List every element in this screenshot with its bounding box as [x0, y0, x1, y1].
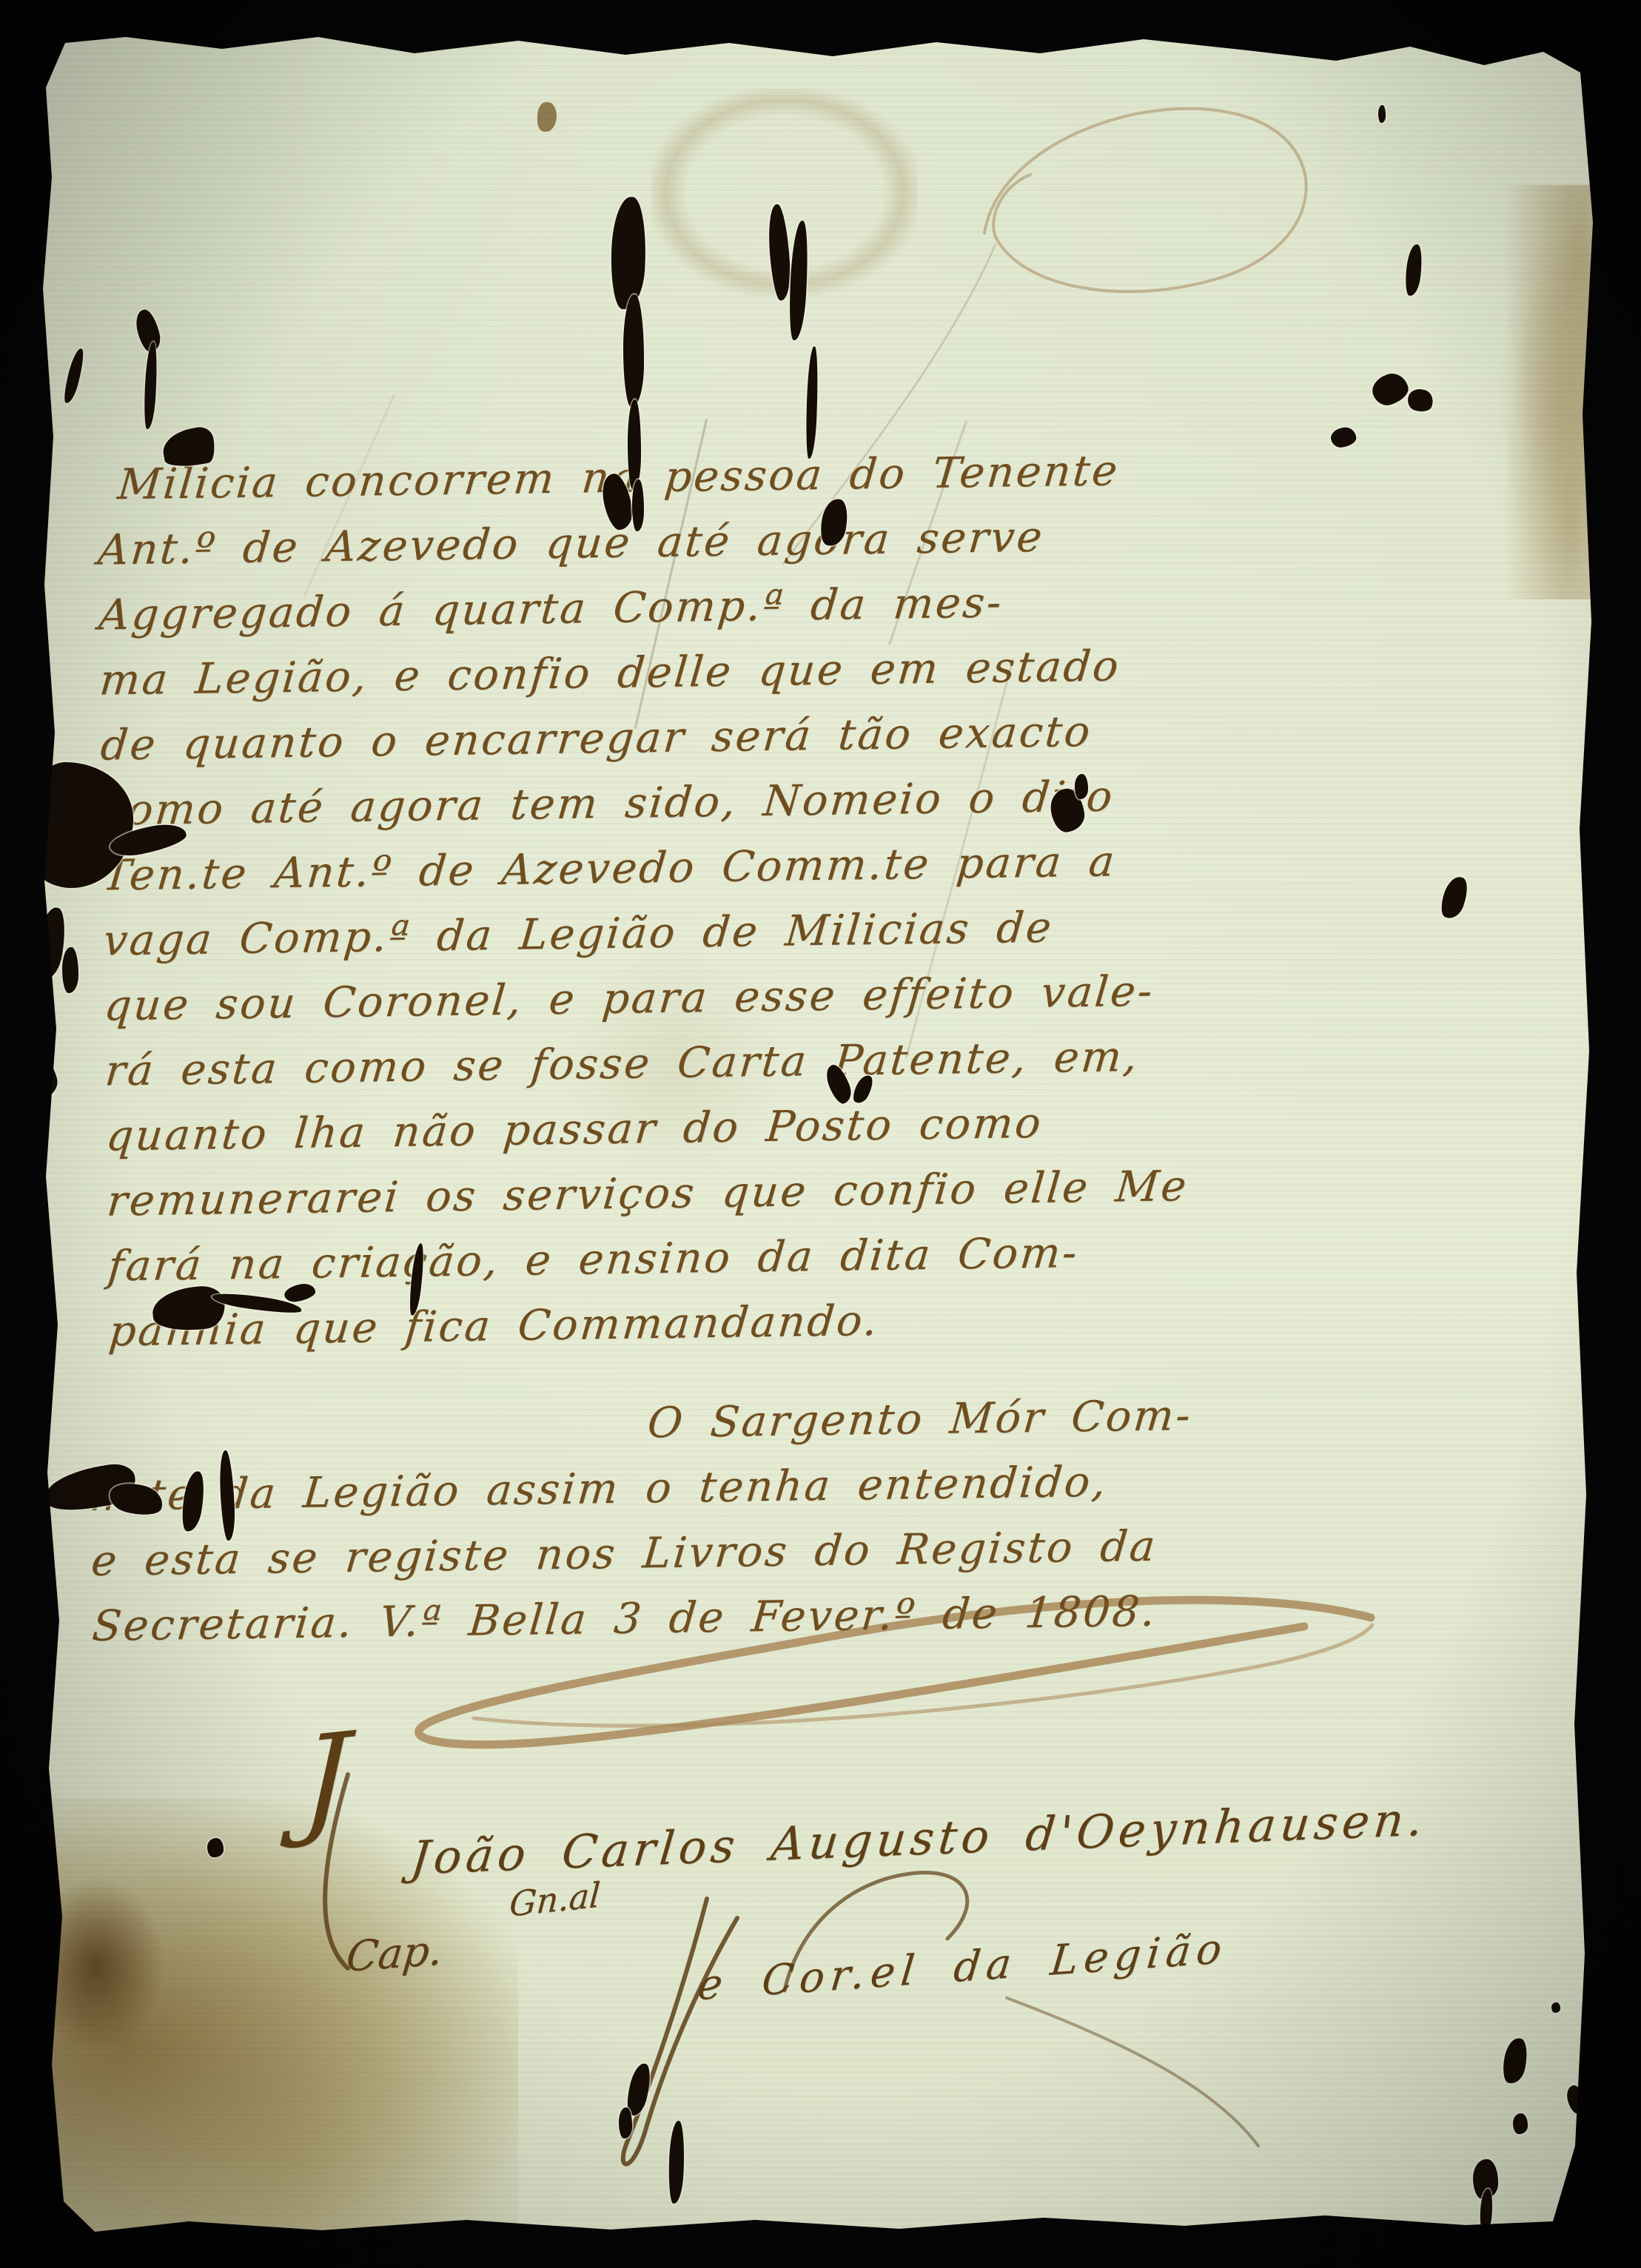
signature-initial: J	[300, 1706, 352, 1851]
stain-top-ring	[651, 89, 918, 296]
photograph-background: Milicia concorrem na pessoa do TenenteAn…	[0, 0, 1641, 2268]
ink-blot	[609, 196, 647, 310]
ink-blot	[766, 203, 792, 300]
signature-title-abbrev: Gn.al	[508, 1874, 601, 1925]
ink-blot	[623, 295, 644, 407]
signature-title-cap: Cap.	[344, 1926, 445, 1982]
stain-fleck	[537, 102, 557, 132]
ink-blot	[62, 947, 78, 993]
ink-blot	[624, 2062, 654, 2118]
ink-blot	[207, 1838, 224, 1857]
ink-blot	[1403, 243, 1423, 297]
ink-blot	[1513, 2113, 1528, 2134]
ink-blot	[33, 906, 68, 981]
ink-blot	[1564, 2084, 1587, 2115]
ink-blot	[16, 1053, 61, 1103]
manuscript-text: Milicia concorrem na pessoa do TenenteAn…	[97, 433, 1543, 1659]
ink-blot	[619, 2107, 632, 2139]
ink-blot	[1473, 2159, 1498, 2199]
ink-blot	[143, 342, 158, 430]
signature-title-line: e Cor.el da Legião	[695, 1925, 1229, 2010]
ink-blot	[1479, 2189, 1494, 2232]
ink-blot	[1369, 369, 1412, 409]
ink-blot	[1378, 105, 1386, 123]
ink-blot	[61, 347, 87, 405]
ink-blot	[1500, 2036, 1530, 2085]
ink-blot	[788, 221, 810, 341]
ink-blot	[1406, 386, 1436, 414]
water-stain-core	[30, 1880, 163, 2050]
ink-blot	[18, 1092, 37, 1116]
manuscript-page: Milicia concorrem na pessoa do TenenteAn…	[0, 0, 1641, 2268]
ink-blot	[1551, 2002, 1560, 2013]
signature-name: João Carlos Augusto d'Oeynhausen.	[409, 1791, 1430, 1885]
ink-blot	[132, 307, 164, 354]
ink-blot	[668, 2121, 685, 2204]
ink-blot	[0, 781, 46, 875]
manuscript-line: O Sargento Mór Com-	[645, 1378, 1542, 1456]
